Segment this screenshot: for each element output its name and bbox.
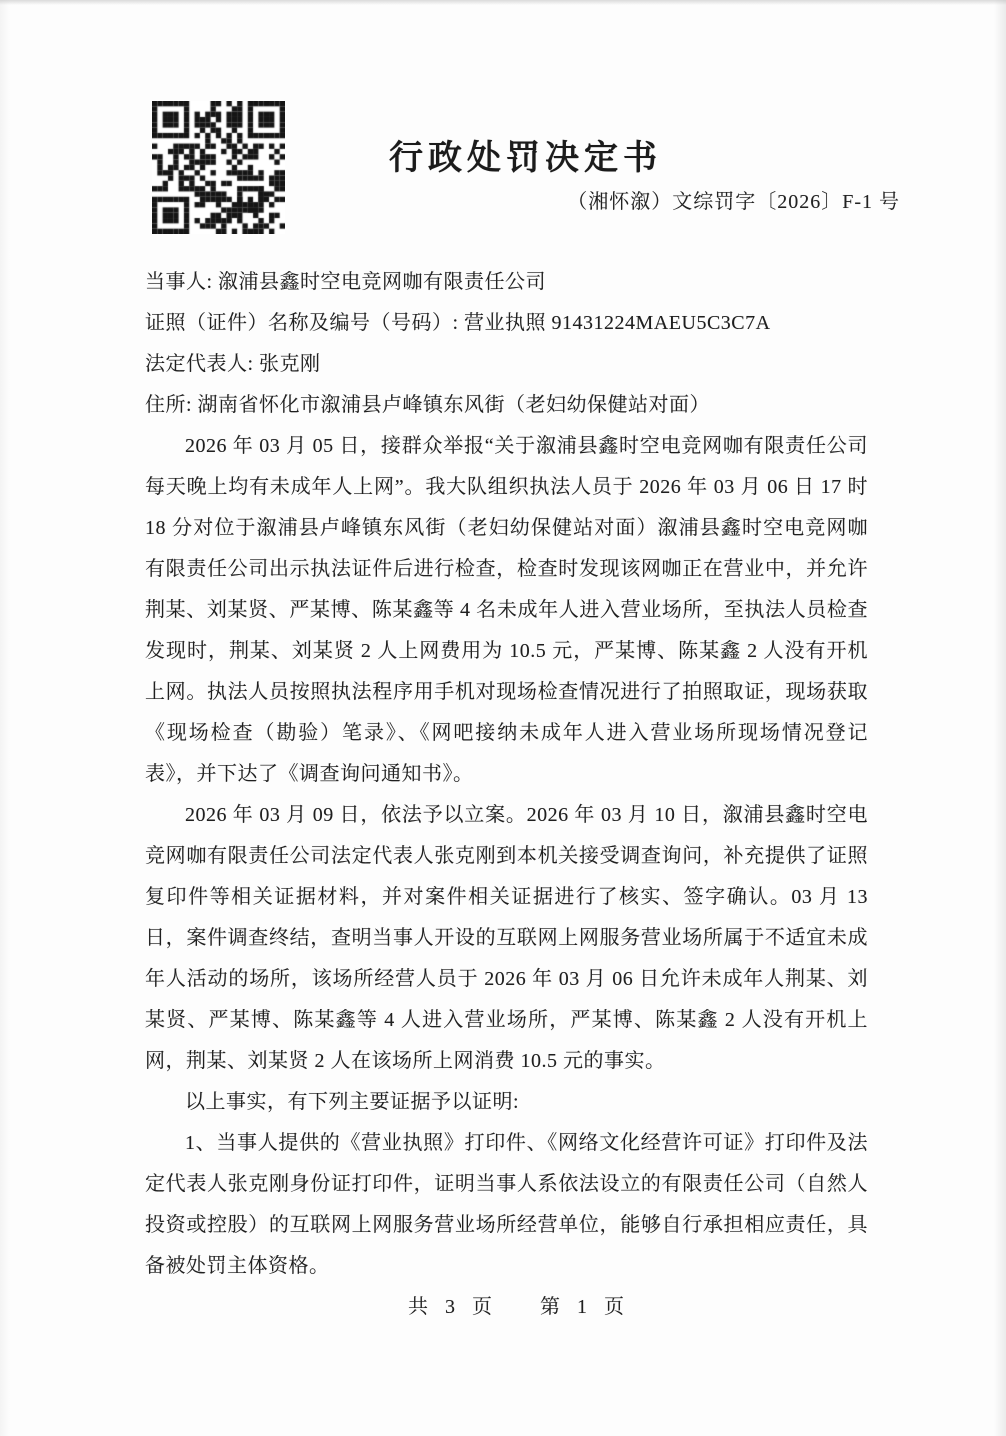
page-footer: 共 3 页第 1 页 <box>145 1287 868 1328</box>
footer-current-page: 第 1 页 <box>540 1296 630 1318</box>
footer-total-pages: 共 3 页 <box>408 1296 498 1318</box>
paragraph-evidence-intro: 以上事实，有下列主要证据予以证明: <box>145 1082 868 1123</box>
document-title: 行政处罚决定书 <box>0 130 1006 179</box>
penalty-decision-document: 行政处罚决定书 （湘怀溆）文综罚字〔2026〕F-1 号 当事人: 溆浦县鑫时空… <box>0 0 1006 1436</box>
paragraph-inspection-facts: 2026 年 03 月 05 日，接群众举报“关于溆浦县鑫时空电竞网咖有限责任公… <box>145 426 868 795</box>
legal-representative-line: 法定代表人: 张克刚 <box>145 344 868 385</box>
license-number-line: 证照（证件）名称及编号（号码）: 营业执照 91431224MAEU5C3C7A <box>145 303 868 344</box>
party-name-line: 当事人: 溆浦县鑫时空电竞网咖有限责任公司 <box>145 262 868 303</box>
address-line: 住所: 湖南省怀化市溆浦县卢峰镇东风街（老妇幼保健站对面） <box>145 385 868 426</box>
paragraph-case-filing: 2026 年 03 月 09 日，依法予以立案。2026 年 03 月 10 日… <box>145 795 868 1082</box>
document-body: 当事人: 溆浦县鑫时空电竞网咖有限责任公司 证照（证件）名称及编号（号码）: 营… <box>145 262 868 1328</box>
paragraph-evidence-item-1: 1、当事人提供的《营业执照》打印件、《网络文化经营许可证》打印件及法定代表人张克… <box>145 1123 868 1287</box>
document-number: （湘怀溆）文综罚字〔2026〕F-1 号 <box>567 185 900 214</box>
